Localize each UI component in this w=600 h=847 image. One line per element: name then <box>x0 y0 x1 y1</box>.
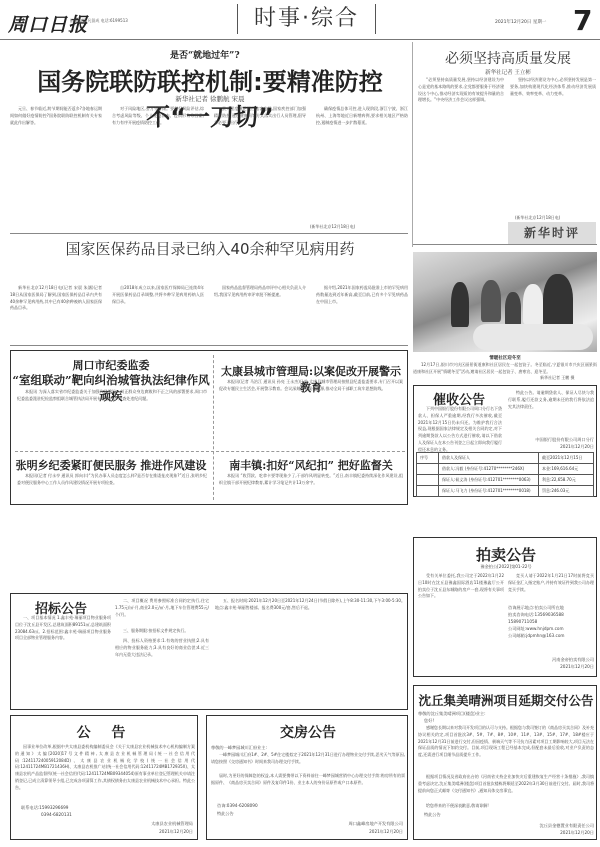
commentary-headline[interactable]: 必须坚持高质量发展 <box>418 48 598 68</box>
auction-signature: 河南金帝拍卖有限公司 <box>508 656 594 663</box>
collection-signature: 中国银行股份有限公司周口分行 <box>508 436 594 443</box>
delay-headline[interactable]: 沈丘集美晴洲项目延期交付公告 <box>414 691 598 709</box>
drug-body: 新华社北京12月18日电(记者 宋晨 朱涵)记者18日从国家医保局了解到,国家医… <box>10 285 408 341</box>
divider <box>10 345 408 346</box>
delay-salutation: 尊敬的沈丘集美晴洲项目(楼盘)业主: <box>418 710 594 717</box>
commentary-body: “必须坚持高质量发展,坚持以经济建设为中心是党的基本路线的要求,全党都要服务于经… <box>418 77 596 219</box>
auction-phone: 拍卖咨询电话:13569036588 15890711058 <box>508 611 594 625</box>
table-cell: 利息:22,658.70元 <box>539 475 594 486</box>
divider <box>10 233 408 234</box>
table-row: 保证人:马飞力 (身份证号:412701********0018) 罚息:246… <box>417 486 594 497</box>
masthead: 周口日报 组版编辑:凡留成 电话:6199513 时事·综合 2021年12月2… <box>0 0 600 40</box>
photo-caption-title: 情暖社区迎冬至 <box>413 355 597 361</box>
delay-body-2: 根据项目情况及省政府出台的《河南省支持企业加快灾后重建恢复生产经营十条措施》,我… <box>418 774 594 802</box>
auction-notice: 拍卖公告 豫金拍公[2022]第01-22号 受有关单位委托,我公司定于2022… <box>413 537 597 677</box>
discipline-left2-body: 本报讯(记者 付永亭 通讯员 郭向丰)“为民办事人员态度怎么样?是否存在推诿扯皮… <box>17 473 207 503</box>
divider <box>213 355 214 500</box>
drug-paragraph: 新华社北京12月18日电(记者 宋晨 朱涵)记者18日从国家医保局了解到,国家医… <box>10 285 102 341</box>
bidding-notice: 招标公告 一、项目基本情况 1.鑫丰苑·瑞丽项目物业服务项目位于沈丘县开发区,总… <box>10 593 408 710</box>
auction-email[interactable]: 公司邮箱:jdpmhn@163.com <box>508 632 594 639</box>
public-contact-2: 0394-6820131 <box>41 811 191 818</box>
auction-address: 咨询展示地点:拍卖公司所在地 <box>508 604 594 611</box>
table-cell: 借款人:冯毅 (身份证号:41270********246X) <box>439 464 539 475</box>
commentary-paragraph: “必须坚持高质量发展,坚持以经济建设为中心是党的基本路线的要求,全党都要服务于经… <box>418 77 504 219</box>
collection-date: 2021年12月20日 <box>508 443 594 450</box>
lead-byline: 新华社记者 徐鹏航 宋晨 <box>10 94 410 103</box>
public-date: 2021年12月20日 <box>15 828 193 835</box>
bidding-body-2: 二、项目概况 费用参照标准合同约定执行,住宅1.75元/㎡·月,商业2.0元/㎡… <box>115 598 209 628</box>
delay-closing: 特此公告 <box>424 811 600 818</box>
lead-paragraph: 最大程度满足假日旅客出行,国家疾控部门加强精准防控,通过健康码等方式落实出行人员… <box>214 106 306 221</box>
bidding-body-4: 四、投标人资格要求:1.有效的营业执照;2.具有相应的物业服务能力;3.具有良好… <box>115 638 209 706</box>
handover-closing: 特此公告 <box>217 810 397 817</box>
delay-body: 感谢您长期以来对我司开发项目的认可与支持。根据您与我司签订的《商品房买卖合同》及… <box>418 725 594 773</box>
section-title: 时事·综合 <box>237 4 376 34</box>
lead-paragraph: 元旦、春节临近,跨节期间能否返乡?各地春运期间如何做好疫情防控?国务院联防联控机… <box>10 106 102 221</box>
public-headline[interactable]: 公 告 <box>11 722 199 742</box>
discipline-left-body: 本报讯 为深入落实省市纪委监委关于加强作风建设、纠正群众身边腐败和不正之风的部署… <box>17 389 207 449</box>
public-notice: 公 告 因事业单位改革,根据中共太康县委机构编制委员会《关于太康县农业机械技术中… <box>10 715 198 840</box>
auction-body-2: 竞买人请于2022年1月21日17时前将竞买保证金汇入指定账户,并持有效证件到我… <box>508 573 594 601</box>
drug-paragraph: 自2018年成立以来,国家医疗保障局已连续4年开展医保药品目录调整,共将多种罕见… <box>112 285 204 341</box>
news-photo <box>413 252 597 352</box>
table-cell <box>417 486 439 497</box>
discipline-box: 周口市纪委监委 “室组联动”靶向纠治城管执法纪律作风顽疾 本报讯 为深入落实省市… <box>10 350 408 505</box>
handover-body-2: 届时,为更好的保障您的权益,本人需要携带以下资料前往一峰梦园城营销中心办理交付手… <box>211 773 405 801</box>
collection-notice: 催收公告 下列中国银行股份有限公司周口分行名下贷款人、担保人严重逾期,经我行多次… <box>413 385 597 497</box>
drug-paragraph: 国家药品监督管理局药品审评中心相关负责人介绍,我国罕见病用药审评审批不断提速。 <box>214 285 306 341</box>
discipline-left-kicker: 周口市纪委监委 <box>11 357 211 373</box>
collection-body-2: 特此公告。请逾期贷款人、保证人尽快与我行联系,履行还款义务,逾期未还的我行将依法… <box>508 390 594 434</box>
lead-kicker: 是否“就地过年”? <box>170 48 240 61</box>
discipline-left2-headline[interactable]: 张明乡纪委紧盯便民服务 推进作风建设 <box>11 457 211 473</box>
commentary-paragraph: 坚持以经济建设为中心,必须坚持发展是第一要务,加快构建现代化经济体系,推动经济发… <box>510 77 596 219</box>
discipline-right-body: 本报讯(记者 马治江 通讯员 孙亮 王永杰)日前,太康县城市管理局按照县纪委监委… <box>219 379 403 449</box>
lead-paragraph: 对于风险地区,要万分警惕。要做好风险评估,综合考虑风险等级、个人免疫状态、疫情形… <box>112 106 204 221</box>
lead-body: 元旦、春节临近,跨节期间能否返乡?各地春运期间如何做好疫情防控?国务院联防联控机… <box>10 106 408 221</box>
handover-signature: 周口鑫峰房地产开发有限公司 <box>211 820 403 827</box>
page-number: 7 <box>573 4 592 37</box>
delay-notice: 沈丘集美晴洲项目延期交付公告 尊敬的沈丘集美晴洲项目(楼盘)业主: 您好! 感谢… <box>413 685 597 840</box>
handover-body: 一峰梦园城川汇府1#、2#、5#住宅楼拟定于2021年12月31日进行办理物业交… <box>211 752 405 772</box>
auction-website[interactable]: 公司网址:www.hnjdpm.com <box>508 625 594 632</box>
table-row: 保证人:候义涛 (身份证号:412701********0063) 利息:22,… <box>417 475 594 486</box>
xinhua-commentary-label: 新华时评 <box>508 222 596 244</box>
editor-line: 组版编辑:凡留成 电话:6199513 <box>70 18 128 24</box>
column-divider <box>412 42 413 247</box>
table-cell: 本金:169,616.64元 <box>539 464 594 475</box>
auction-body: 受有关单位委托,我公司定于2022年1月22日10时在沈丘县豫鑫国际酒店11楼豫… <box>418 573 504 673</box>
bidding-body-1: 一、项目基本情况 1.鑫丰苑·瑞丽项目物业服务项目位于沈丘县开发区,总建筑面积8… <box>15 615 111 707</box>
table-cell <box>417 464 439 475</box>
public-signature: 太康县农业机械管理局 <box>15 820 193 827</box>
bidding-body-5: 五、报名时间:2021年12月20日至2021年12月24日(节假日除外),上午… <box>215 598 405 706</box>
commentary-byline: 新华社记者 王立彬 <box>418 68 598 76</box>
table-cell: 罚息:246.03元 <box>539 486 594 497</box>
delay-greeting: 您好! <box>424 717 600 724</box>
table-header: 借款人及保证人 <box>439 453 539 464</box>
auction-ref: 豫金拍公[2022]第01-22号 <box>414 564 598 570</box>
drug-headline[interactable]: 国家医保药品目录已纳入40余种罕见病用药 <box>10 238 410 259</box>
bidding-body-3: 三、服务期限:按招标文件规定执行。 <box>115 628 209 638</box>
table-cell: 保证人:候义涛 (身份证号:412701********0063) <box>439 475 539 486</box>
table-row: 借款人:冯毅 (身份证号:41270********246X) 本金:169,6… <box>417 464 594 475</box>
handover-headline[interactable]: 交房公告 <box>207 722 409 742</box>
collection-body: 下列中国银行股份有限公司周口分行名下贷款人、担保人严重逾期,经我行多次催收,截至… <box>418 406 502 458</box>
table-header-row: 序号 借款人及保证人 截至2021年12月15日 <box>417 453 594 464</box>
divider <box>15 451 405 452</box>
lead-paragraph: 确保疫情总体可控,进入现阶段,浙江宁波、浙江杭州、上海等地近日新增病例,要求相关… <box>316 106 408 221</box>
table-cell: 保证人:马飞力 (身份证号:412701********0018) <box>439 486 539 497</box>
delay-date: 2021年12月20日 <box>418 829 594 836</box>
drug-paragraph: 据介绍,2021年国家药监局批准上市的罕见病用药数量达到近年新高,截至目前,已有… <box>316 285 408 341</box>
commentary-dateline: (新华社北京12月18日电) <box>515 215 560 221</box>
handover-phone: 咨询:0394-6208090 <box>217 802 397 809</box>
handover-notice: 交房公告 尊敬的一峰梦园城川汇府业主: 一峰梦园城川汇府1#、2#、5#住宅楼拟… <box>206 715 408 840</box>
discipline-right2-body: 本报讯 “收罚款、吃拿卡要等现象少了,干部作风明显转变。”近日,南丰镇纪委持续深… <box>219 473 403 503</box>
collection-table: 序号 借款人及保证人 截至2021年12月15日 借款人:冯毅 (身份证号:41… <box>416 452 594 497</box>
public-body: 因事业单位改革,根据中共太康县委机构编制委员会《关于太康县农业机械技术中心机构编… <box>15 744 195 804</box>
table-header: 截至2021年12月15日 <box>539 453 594 464</box>
auction-date: 2021年12月20日 <box>508 663 594 670</box>
lead-dateline: (新华社北京12月18日电) <box>310 224 355 230</box>
discipline-right2-headline[interactable]: 南丰镇:扣好“风纪扣” 把好监督关 <box>216 457 406 473</box>
delay-signature: 沈丘县金德置业有限责任公司 <box>418 822 594 829</box>
auction-headline[interactable]: 拍卖公告 <box>414 544 598 565</box>
handover-date: 2021年12月20日 <box>211 828 403 835</box>
table-header: 序号 <box>417 453 439 464</box>
public-contact: 联系电话:15993296699 <box>21 804 197 811</box>
photo-credit: 新华社记者 王鹏 摄 <box>540 375 575 381</box>
table-cell <box>417 475 439 486</box>
delay-body-3: 给您带来的不便深表歉意,敬请谅解! <box>418 803 594 811</box>
handover-salutation: 尊敬的一峰梦园城川汇府业主: <box>211 744 405 751</box>
divider <box>413 244 597 245</box>
issue-date: 2021年12月20日 星期一 <box>495 19 546 25</box>
